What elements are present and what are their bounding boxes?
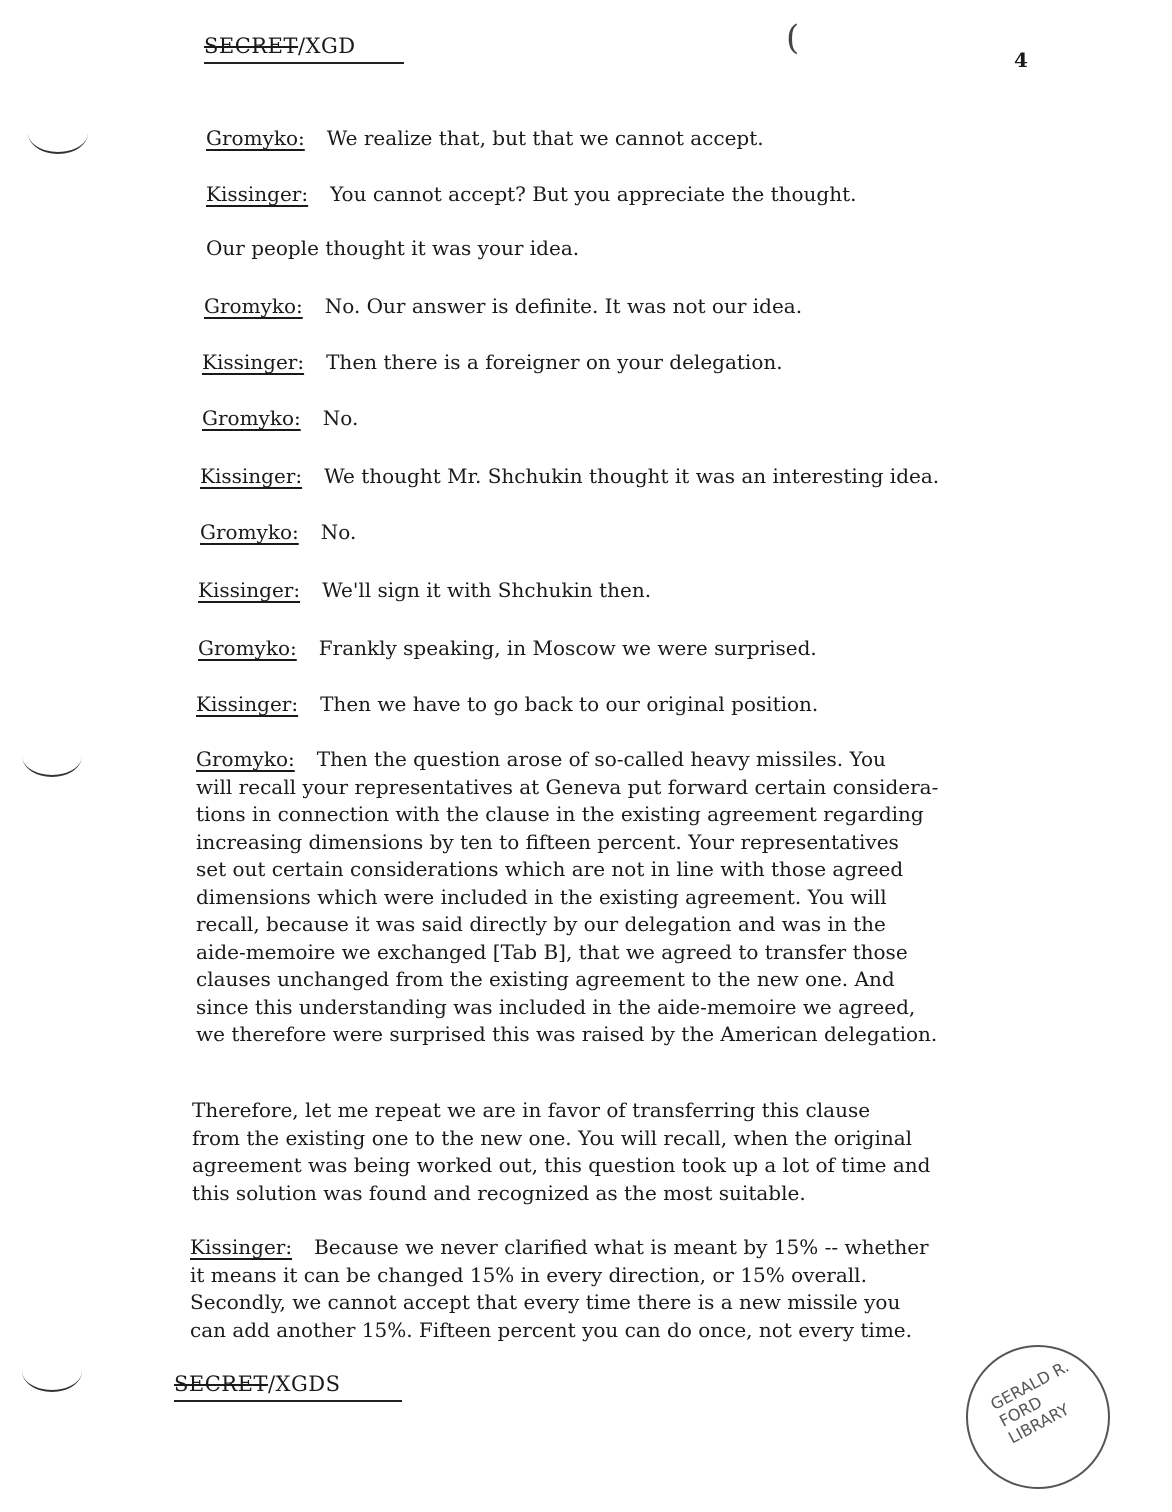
punch-hole-mark bbox=[22, 735, 82, 777]
paragraph-text: aide-memoire we exchanged [Tab B], that … bbox=[196, 940, 908, 964]
paragraph-line: since this understanding was included in… bbox=[196, 994, 1126, 1022]
dialogue-text: Then we have to go back to our original … bbox=[320, 692, 818, 716]
paragraph-line: from the existing one to the new one. Yo… bbox=[192, 1125, 1122, 1153]
paragraph-text: Because we never clarified what is meant… bbox=[314, 1235, 929, 1259]
dialogue-text: No. bbox=[323, 406, 359, 430]
paragraph-line: recall, because it was said directly by … bbox=[196, 911, 1126, 939]
dialogue-text: You cannot accept? But you appreciate th… bbox=[330, 182, 856, 206]
paragraph-text: Then the question arose of so-called hea… bbox=[317, 747, 886, 771]
dialogue-line: Kissinger:You cannot accept? But you app… bbox=[206, 184, 857, 204]
dialogue-line: Gromyko:No. bbox=[202, 408, 358, 428]
dialogue-line: Kissinger:Then we have to go back to our… bbox=[196, 694, 818, 714]
paragraph-text: dimensions which were included in the ex… bbox=[196, 885, 887, 909]
speaker-label: Gromyko: bbox=[198, 636, 297, 660]
dialogue-text: We realize that, but that we cannot acce… bbox=[327, 126, 764, 150]
dialogue-paragraph: Kissinger:Because we never clarified wha… bbox=[190, 1234, 1120, 1344]
dialogue-line: Our people thought it was your idea. bbox=[206, 238, 579, 258]
speaker-label: Gromyko: bbox=[202, 406, 301, 430]
paragraph-line: increasing dimensions by ten to fifteen … bbox=[196, 829, 1126, 857]
paragraph-text: recall, because it was said directly by … bbox=[196, 912, 886, 936]
dialogue-line: Kissinger:We'll sign it with Shchukin th… bbox=[198, 580, 651, 600]
paragraph-text: clauses unchanged from the existing agre… bbox=[196, 967, 895, 991]
dialogue-text: We thought Mr. Shchukin thought it was a… bbox=[324, 464, 939, 488]
paragraph-text: Therefore, let me repeat we are in favor… bbox=[192, 1098, 870, 1122]
paragraph-text: will recall your representatives at Gene… bbox=[196, 775, 938, 799]
paragraph-line: set out certain considerations which are… bbox=[196, 856, 1126, 884]
dialogue-line: Kissinger:Then there is a foreigner on y… bbox=[202, 352, 783, 372]
dialogue-text: No. bbox=[321, 520, 357, 544]
paragraph-line: agreement was being worked out, this que… bbox=[192, 1152, 1122, 1180]
dialogue-line: Gromyko:We realize that, but that we can… bbox=[206, 128, 764, 148]
punch-hole-mark bbox=[22, 1350, 82, 1392]
paragraph-line: Secondly, we cannot accept that every ti… bbox=[190, 1289, 1120, 1317]
speaker-label: Kissinger: bbox=[206, 182, 308, 206]
margin-mark: ( bbox=[786, 18, 799, 58]
dialogue-text: No. Our answer is definite. It was not o… bbox=[325, 294, 802, 318]
speaker-label: Kissinger: bbox=[190, 1235, 292, 1259]
dialogue-text: We'll sign it with Shchukin then. bbox=[322, 578, 651, 602]
paragraph-line: aide-memoire we exchanged [Tab B], that … bbox=[196, 939, 1126, 967]
paragraph-line: can add another 15%. Fifteen percent you… bbox=[190, 1317, 1120, 1345]
dialogue-text: Then there is a foreigner on your delega… bbox=[326, 350, 783, 374]
paragraph-line: this solution was found and recognized a… bbox=[192, 1180, 1122, 1208]
paragraph-text: increasing dimensions by ten to fifteen … bbox=[196, 830, 899, 854]
paragraph-text: this solution was found and recognized a… bbox=[192, 1181, 806, 1205]
paragraph-line: clauses unchanged from the existing agre… bbox=[196, 966, 1126, 994]
speaker-label: Kissinger: bbox=[202, 350, 304, 374]
dialogue-line: Gromyko:Frankly speaking, in Moscow we w… bbox=[198, 638, 817, 658]
classification-footer: SECRET/XGDS bbox=[174, 1372, 402, 1402]
paragraph-line: dimensions which were included in the ex… bbox=[196, 884, 1126, 912]
classification-header: SECRET/XGD bbox=[204, 34, 404, 64]
dialogue-paragraph: Therefore, let me repeat we are in favor… bbox=[192, 1097, 1122, 1207]
paragraph-line: we therefore were surprised this was rai… bbox=[196, 1021, 1126, 1049]
dialogue-line: Gromyko:No. bbox=[200, 522, 356, 542]
speaker-label: Kissinger: bbox=[196, 692, 298, 716]
paragraph-text: from the existing one to the new one. Yo… bbox=[192, 1126, 912, 1150]
punch-hole-mark bbox=[28, 112, 88, 154]
paragraph-text: tions in connection with the clause in t… bbox=[196, 802, 924, 826]
dialogue-line: Gromyko:No. Our answer is definite. It w… bbox=[204, 296, 802, 316]
paragraph-text: agreement was being worked out, this que… bbox=[192, 1153, 930, 1177]
paragraph-text: set out certain considerations which are… bbox=[196, 857, 903, 881]
paragraph-text: Secondly, we cannot accept that every ti… bbox=[190, 1290, 900, 1314]
speaker-label: Gromyko: bbox=[204, 294, 303, 318]
dialogue-text: Frankly speaking, in Moscow we were surp… bbox=[319, 636, 817, 660]
speaker-label: Kissinger: bbox=[200, 464, 302, 488]
paragraph-line: tions in connection with the clause in t… bbox=[196, 801, 1126, 829]
paragraph-text: we therefore were surprised this was rai… bbox=[196, 1022, 937, 1046]
paragraph-line: Gromyko:Then the question arose of so-ca… bbox=[196, 746, 1126, 774]
speaker-label: Gromyko: bbox=[200, 520, 299, 544]
speaker-label: Gromyko: bbox=[196, 747, 295, 771]
library-stamp: GERALD R. FORD LIBRARY bbox=[966, 1345, 1110, 1489]
paragraph-text: it means it can be changed 15% in every … bbox=[190, 1263, 867, 1287]
dialogue-line: Kissinger:We thought Mr. Shchukin though… bbox=[200, 466, 939, 486]
dialogue-paragraph: Gromyko:Then the question arose of so-ca… bbox=[196, 746, 1126, 1049]
paragraph-line: Kissinger:Because we never clarified wha… bbox=[190, 1234, 1120, 1262]
paragraph-line: Therefore, let me repeat we are in favor… bbox=[192, 1097, 1122, 1125]
paragraph-line: will recall your representatives at Gene… bbox=[196, 774, 1126, 802]
speaker-label: Gromyko: bbox=[206, 126, 305, 150]
paragraph-text: can add another 15%. Fifteen percent you… bbox=[190, 1318, 912, 1342]
dialogue-text: Our people thought it was your idea. bbox=[206, 236, 579, 260]
paragraph-line: it means it can be changed 15% in every … bbox=[190, 1262, 1120, 1290]
speaker-label: Kissinger: bbox=[198, 578, 300, 602]
paragraph-text: since this understanding was included in… bbox=[196, 995, 915, 1019]
page-number: 4 bbox=[1014, 48, 1028, 72]
document-page: SECRET/XGD ( 4 Gromyko:We realize that, … bbox=[0, 0, 1172, 1512]
